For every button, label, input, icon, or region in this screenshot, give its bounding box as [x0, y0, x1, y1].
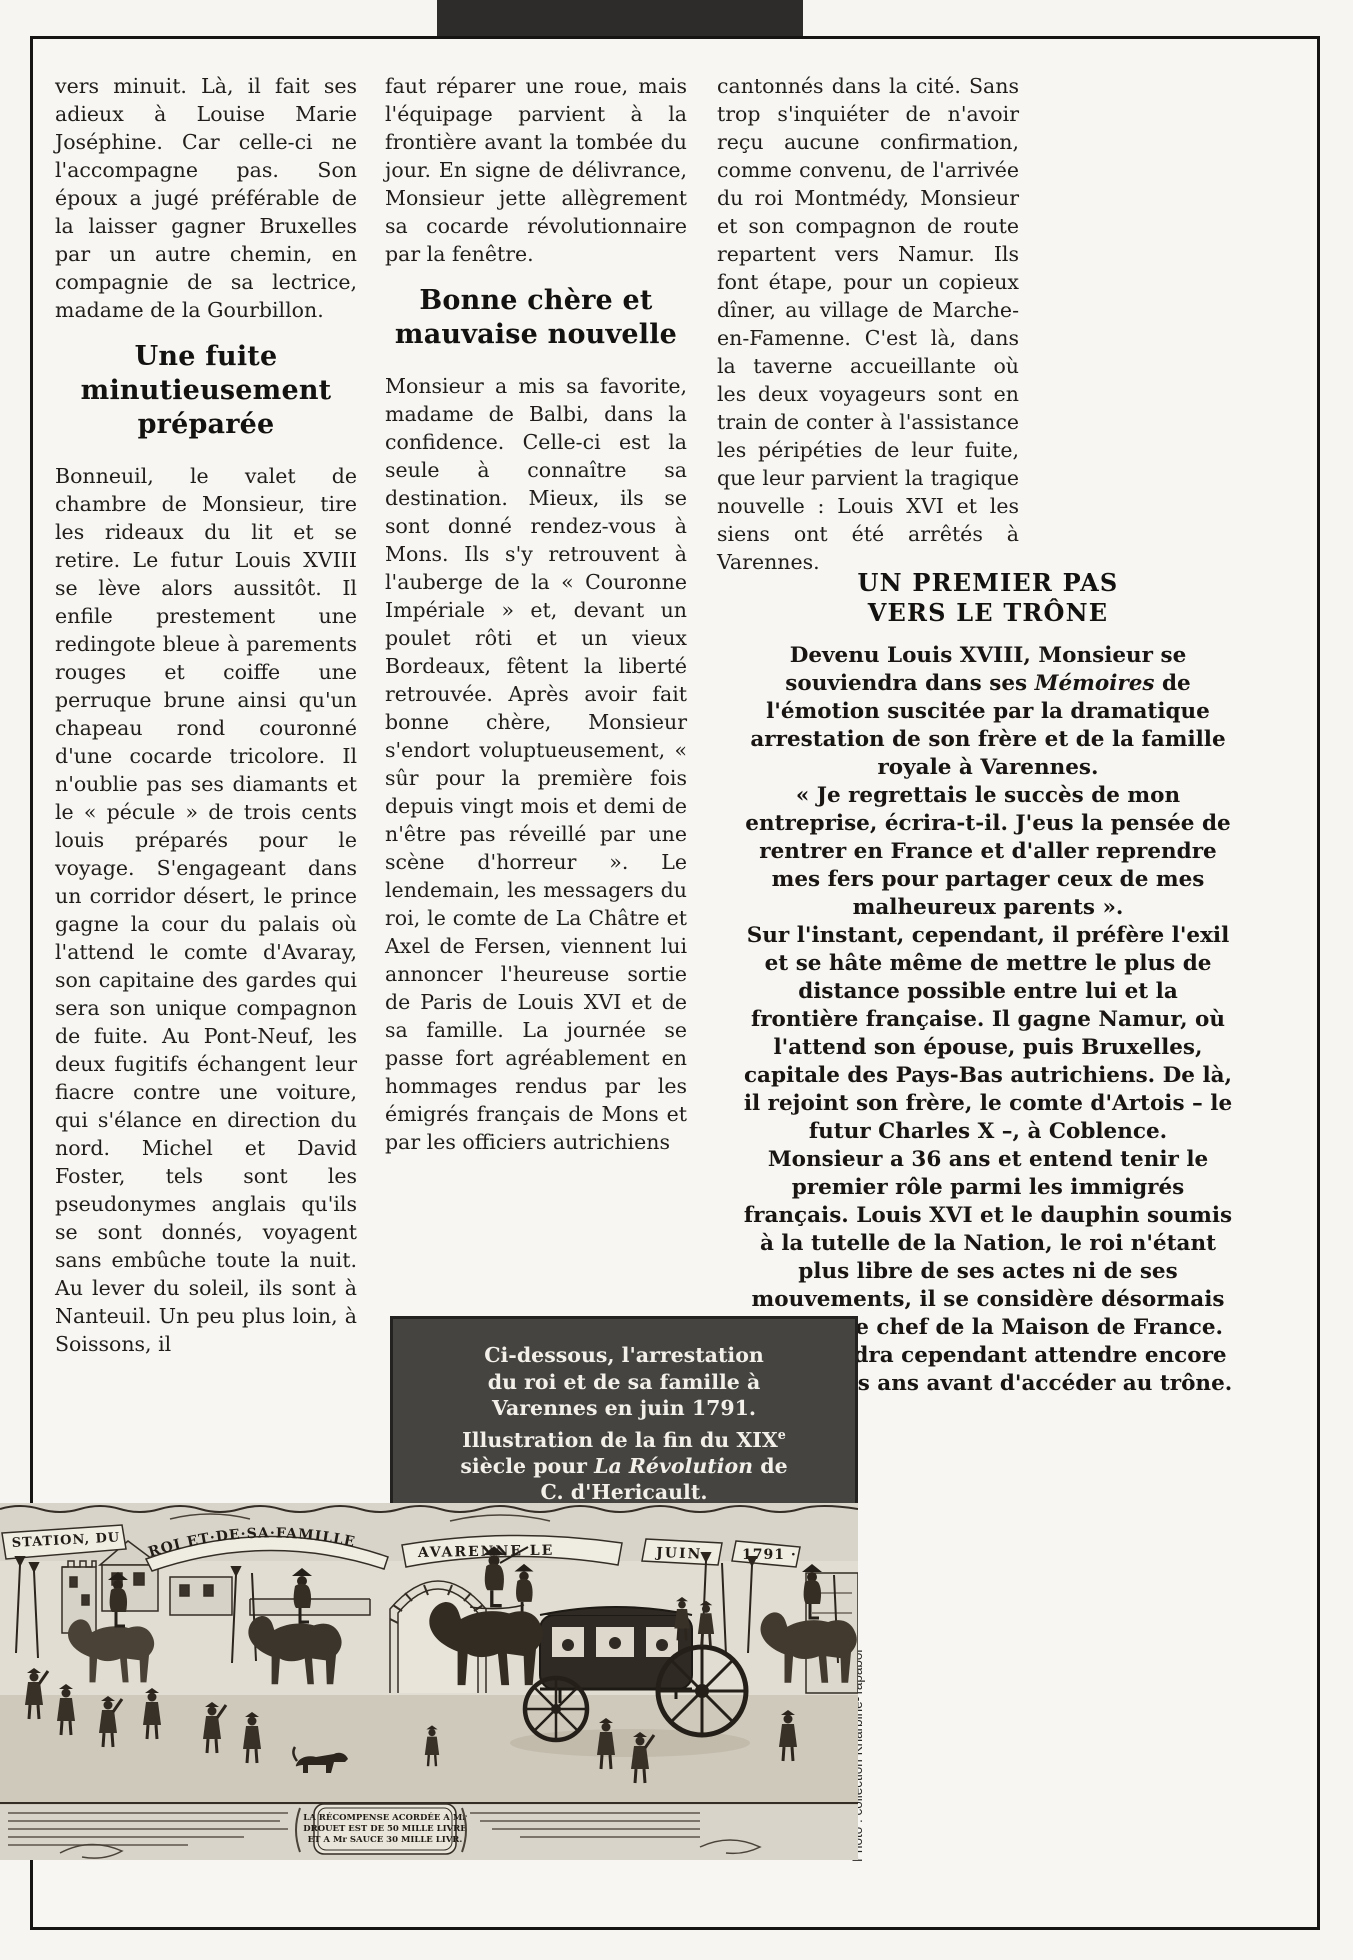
caption-l4-superscript: e	[778, 1427, 786, 1442]
banner-right2-text: JUIN	[654, 1545, 703, 1563]
banner-right1-text: AVARENNE LE	[417, 1543, 555, 1561]
caption-line-3: Varennes en juin 1791.	[393, 1395, 855, 1422]
column2-paragraph-1: faut réparer une roue, mais l'équipage p…	[385, 72, 687, 268]
varennes-arrest-engraving: STATION, DU ROI ET·DE·SA·FAMILLE AVARENN…	[0, 1503, 858, 1860]
column-1: vers minuit. Là, il fait ses adieux à Lo…	[55, 72, 357, 1358]
column1-paragraph-1: vers minuit. Là, il fait ses adieux à Lo…	[55, 72, 357, 324]
caption-line-6: C. d'Hericault.	[393, 1479, 855, 1506]
heading-une-fuite: Une fuite minutieusement préparée	[55, 340, 357, 442]
sidebar-heading-line1: UN PREMIER PAS	[742, 568, 1234, 598]
caption-l5-text2: de	[753, 1454, 788, 1478]
sidebar-heading-line2: VERS LE TRÔNE	[742, 598, 1234, 628]
cartouche-line-3: ET A Mr SAUCE 30 MILLE LIVR.	[308, 1835, 463, 1845]
caption-l5-text: siècle pour	[460, 1454, 594, 1478]
column2-paragraph-2: Monsieur a mis sa favorite, madame de Ba…	[385, 372, 687, 1156]
sidebar-p1-italic: Mémoires	[1035, 671, 1155, 696]
column-3: cantonnés dans la cité. Sans trop s'inqu…	[717, 72, 1019, 576]
sidebar-premier-pas: UN PREMIER PAS VERS LE TRÔNE Devenu Loui…	[742, 568, 1234, 1398]
caption-line-2: du roi et de sa famille à	[393, 1369, 855, 1396]
column3-paragraph-1: cantonnés dans la cité. Sans trop s'inqu…	[717, 72, 1019, 576]
column-2: faut réparer une roue, mais l'équipage p…	[385, 72, 687, 1156]
sidebar-heading: UN PREMIER PAS VERS LE TRÔNE	[742, 568, 1234, 628]
sidebar-paragraph-2: « Je regrettais le succès de mon entrepr…	[742, 782, 1234, 922]
scan-top-band	[437, 0, 803, 36]
caption-l4-text: Illustration de la fin du XIX	[462, 1427, 778, 1451]
photo-caption-box: Ci-dessous, l'arrestation du roi et de s…	[390, 1316, 858, 1532]
caption-line-5: siècle pour La Révolution de	[393, 1453, 855, 1480]
sidebar-body: Devenu Louis XVIII, Monsieur se souviend…	[742, 642, 1234, 1398]
sidebar-paragraph-1: Devenu Louis XVIII, Monsieur se souviend…	[742, 642, 1234, 782]
heading-bonne-chere: Bonne chère et mauvaise nouvelle	[385, 284, 687, 352]
column1-paragraph-2: Bonneuil, le valet de chambre de Monsieu…	[55, 462, 357, 1358]
caption-line-4: Illustration de la fin du XIXe	[393, 1422, 855, 1453]
caption-line-1: Ci-dessous, l'arrestation	[393, 1342, 855, 1369]
cartouche-line-2: DROUET EST DE 50 MILLE LIVRE	[303, 1824, 467, 1834]
cartouche-line-1: LA RÉCOMPENSE ACORDÉE A Mr	[303, 1811, 467, 1823]
sidebar-paragraph-3: Sur l'instant, cependant, il préfère l'e…	[742, 922, 1234, 1146]
caption-l5-italic: La Révolution	[594, 1454, 753, 1478]
